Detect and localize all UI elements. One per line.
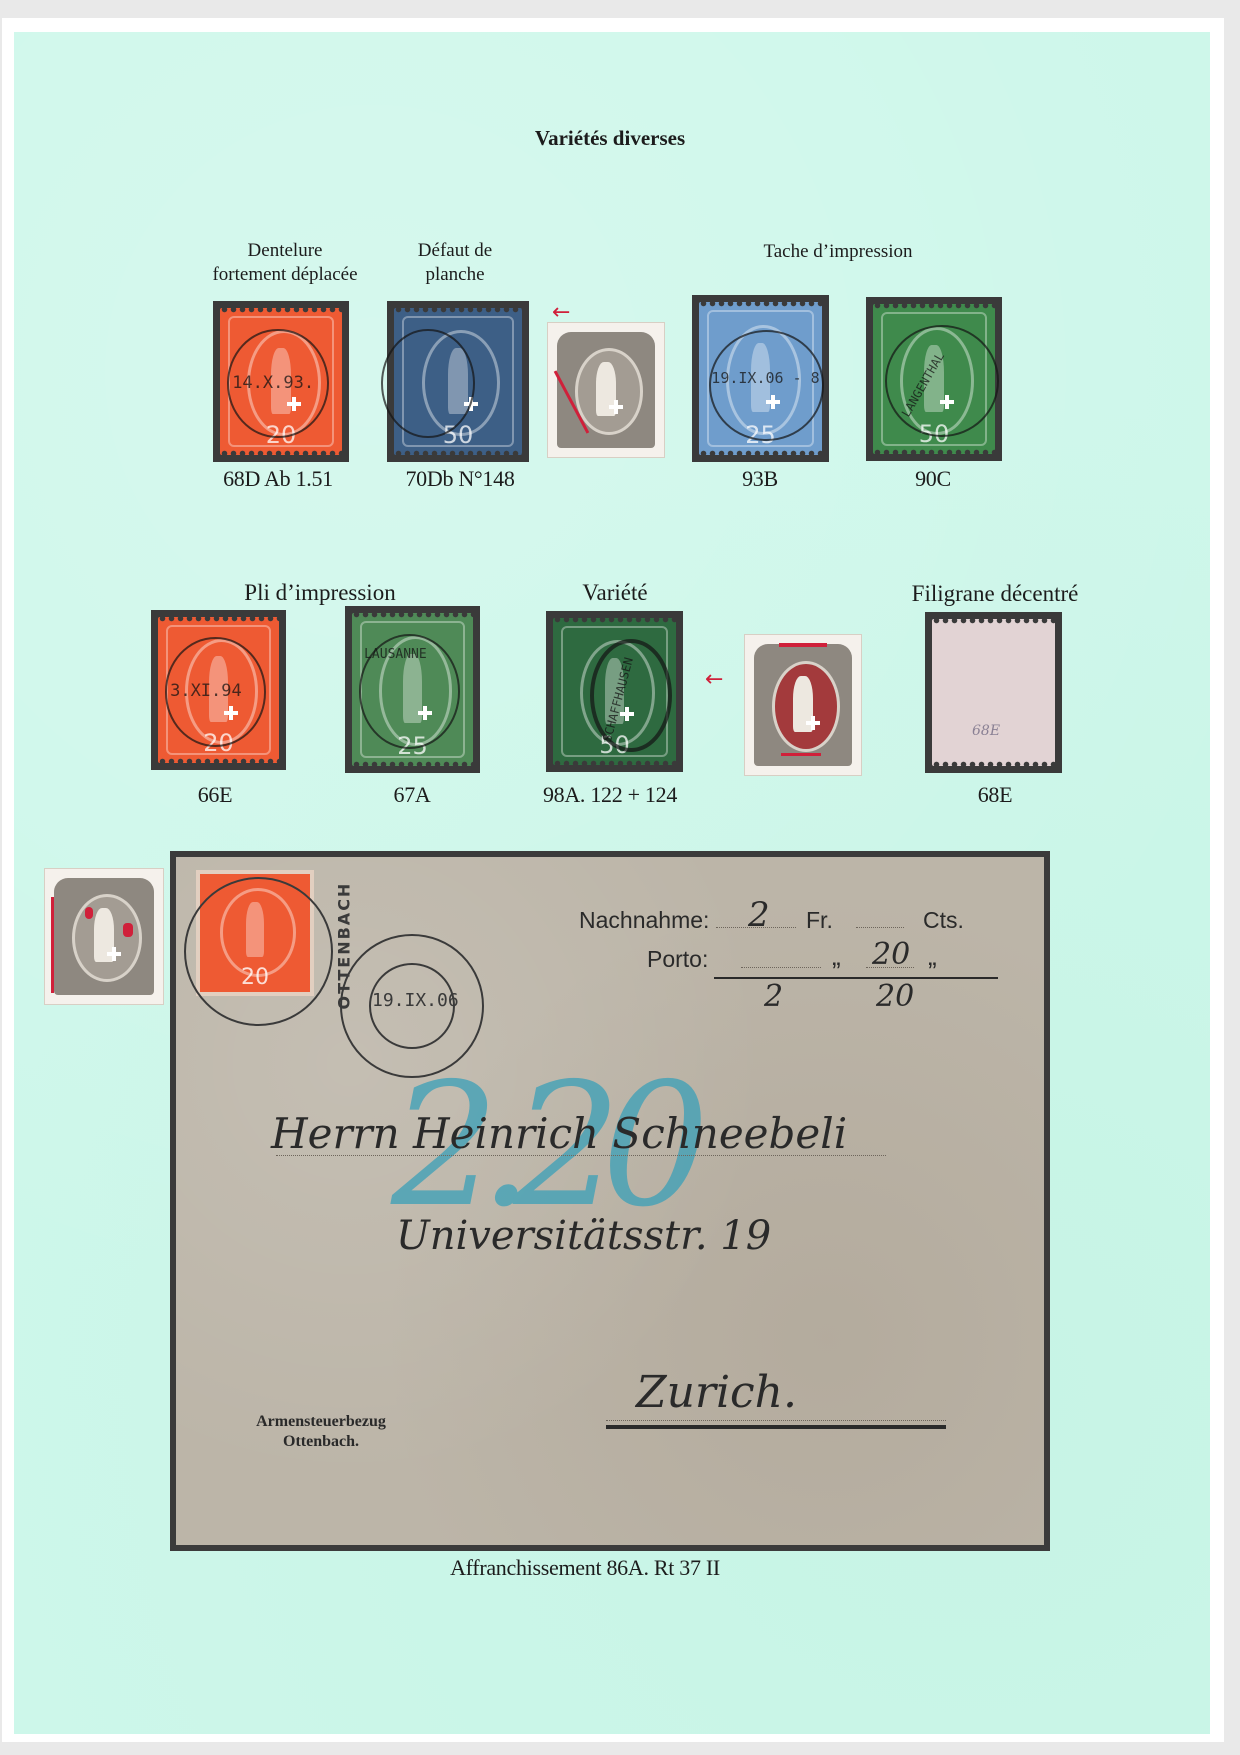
stamp-mount-67A: 25 LAUSANNE [345, 606, 480, 773]
catalog-code: 90C [883, 466, 983, 492]
stamp-98A: 50 SCHAFFHAUSEN [553, 618, 676, 765]
catalog-code: 93B [710, 466, 810, 492]
stamp-mount-68D: 20 14.X.93. [213, 301, 349, 462]
catalog-code: 98A. 122 + 124 [520, 782, 700, 808]
cover-mount: 20 19.IX.06 OTTENBACH Nachnahme: 2 Fr. C… [170, 851, 1050, 1551]
porto-value: 20 [872, 937, 910, 972]
red-annotation [123, 923, 133, 937]
red-annotation [781, 753, 821, 756]
stamp-mount-66E: 20 3.XI.94 [151, 610, 286, 770]
proof-essay-1 [547, 322, 665, 458]
catalog-code: 68E [955, 782, 1035, 808]
postal-cover: 20 19.IX.06 OTTENBACH Nachnahme: 2 Fr. C… [176, 857, 1044, 1545]
addressee-name: Herrn Heinrich Schneebeli [271, 1109, 847, 1158]
caption-dentelure: Dentelure fortement déplacée [190, 239, 380, 287]
porto-label: Porto: [647, 946, 708, 973]
sender-line: Armensteuerbezug [236, 1412, 406, 1432]
red-annotation [85, 907, 93, 919]
swiss-cross-icon [106, 946, 122, 962]
stamp-mount-93B: 25 19.IX.06 - 8 [692, 295, 829, 462]
stamp-mount-70Db: 50 [387, 301, 529, 462]
caption-line: Défaut de [390, 239, 520, 263]
city-rule [606, 1425, 946, 1429]
caption-variete: Variété [555, 580, 675, 606]
caption-line: fortement déplacée [190, 263, 380, 287]
addressee-city: Zurich. [636, 1367, 797, 1418]
cts-label: Cts. [923, 907, 964, 934]
cancel-date: 14.X.93. [232, 373, 336, 393]
stamp-mount-98A: 50 SCHAFFHAUSEN [546, 611, 683, 772]
fr-label: Fr. [806, 907, 833, 934]
caption-pli: Pli d’impression [210, 580, 430, 606]
stamp-70Db: 50 [394, 308, 522, 455]
dotted-line [606, 1420, 946, 1421]
ditto-mark: „ [832, 941, 841, 972]
catalog-code: 66E [175, 782, 255, 808]
swiss-cross-icon [805, 715, 821, 731]
sum-rule [714, 977, 998, 979]
footer-caption: Affranchissement 86A. Rt 37 II [380, 1555, 790, 1581]
stamp-68D: 20 14.X.93. [220, 308, 342, 455]
nachnahme-label: Nachnahme: [579, 907, 709, 934]
caption-line: Dentelure [190, 239, 380, 263]
cancel-town: LAUSANNE [364, 647, 467, 662]
sender-block: Armensteuerbezug Ottenbach. [236, 1412, 406, 1452]
cancel-date: 3.XI.94 [170, 681, 273, 701]
dotted-line [856, 927, 904, 928]
page-title: Variétés diverses [420, 126, 800, 151]
stamp-mount-90C: 50 LANGENTHAL [866, 297, 1002, 461]
catalog-code: 67A [372, 782, 452, 808]
red-annotation [51, 897, 54, 993]
stamp-mount-68E: 68E [925, 612, 1062, 773]
cancellation [381, 329, 475, 439]
stamp-66E: 20 3.XI.94 [158, 617, 279, 763]
catalog-code: 70Db N°148 [375, 466, 545, 492]
proof-essay-3 [44, 868, 164, 1005]
dotted-line [741, 967, 821, 968]
nachnahme-value: 2 [748, 895, 770, 935]
addressee-street: Universitätsstr. 19 [396, 1213, 771, 1259]
red-annotation [779, 643, 827, 647]
cancel-date: 19.IX.06 - 8 [711, 369, 816, 387]
pencil-note: 68E [972, 723, 1000, 739]
total-cts: 20 [876, 979, 914, 1014]
stamp-93B: 25 19.IX.06 - 8 [699, 302, 822, 455]
sender-line: Ottenbach. [236, 1432, 406, 1452]
caption-filigrane: Filigrane décentré [885, 581, 1105, 607]
catalog-code: 68D Ab 1.51 [198, 466, 358, 492]
swiss-cross-icon [608, 399, 624, 415]
ditto-mark: „ [928, 941, 937, 972]
caption-line: planche [390, 263, 520, 287]
total-fr: 2 [764, 979, 783, 1014]
arrow-left-icon: ← [705, 669, 723, 691]
caption-tache: Tache d’impression [718, 240, 958, 264]
stamp-67A: 25 LAUSANNE [352, 613, 473, 766]
postmark-date: 19.IX.06 [372, 990, 459, 1011]
arrow-left-icon: ← [552, 302, 570, 324]
stamp-68E-back: 68E [932, 619, 1055, 766]
proof-essay-2 [744, 634, 862, 776]
stamp-90C: 50 LANGENTHAL [873, 304, 995, 454]
caption-defaut: Défaut de planche [390, 239, 520, 287]
stamp-cancellation [184, 877, 333, 1026]
